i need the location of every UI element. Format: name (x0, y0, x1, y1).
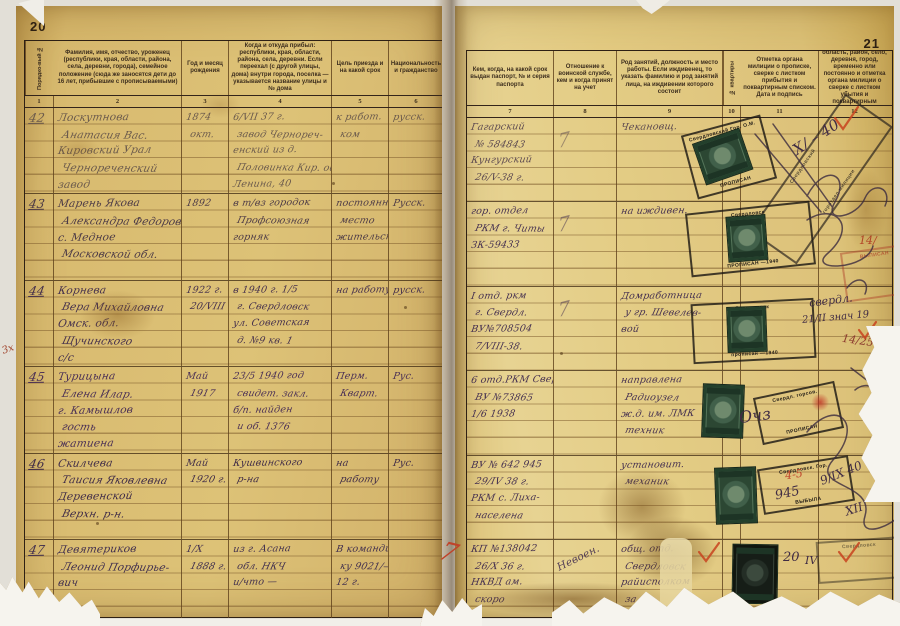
handwriting-line: и об. 1376 (235, 419, 332, 437)
cell-nationality: русск. (389, 108, 442, 193)
column-header: Когда и откуда прибыл: республики, края,… (229, 41, 332, 95)
cell-name: ТурицынаЕлена Илар.г. Камышловгостьжатие… (54, 367, 182, 452)
red-pencil-note: 14/ (859, 234, 877, 247)
handwriting-line: Кушвинского (232, 454, 332, 472)
cell-name: ДевятериковЛеонид Порфирье-вич (54, 540, 182, 618)
handwriting-line: НКВД ам. (470, 574, 554, 592)
militia-stamp: Свердловск (816, 536, 894, 584)
cell-passport: КП №13804226/X 36 г.НКВД ам.скоро (467, 540, 554, 618)
handwriting-line: 1/X (185, 541, 229, 558)
column-header: Род занятий, должность и место работы. Е… (617, 51, 723, 105)
cell-birth: 1892 (182, 194, 229, 279)
cell-purpose: на работу (332, 281, 389, 366)
handwriting-line: 43 (28, 196, 54, 213)
cell-birth: 1922 г.20/VIII (182, 281, 229, 366)
cell-purpose: наработу (332, 454, 389, 539)
cell-occupation: установит.механик (617, 456, 723, 539)
cell-passport: 6 отд.РКМ Свердл.ВУ №738651/6 1938 (467, 371, 554, 454)
handwriting-line: Рус. (392, 455, 442, 472)
column-header: № квартиры (723, 51, 741, 105)
handwriting-line: 1917 (188, 386, 229, 403)
handwriting-line: Гагарский (470, 119, 554, 137)
handwriting-line: Май (185, 455, 229, 472)
revenue-stamp-icon (731, 544, 778, 605)
handwriting-line: ЗК-59433 (470, 237, 554, 255)
handwriting-line: механик (623, 474, 723, 492)
handwriting-line: 1892 (185, 196, 229, 213)
handwriting-line: на (335, 455, 389, 472)
cell-name: Марень ЯковаАлександра Федоров.с. Медное… (54, 194, 182, 279)
column-header: Кем, когда, на какой срок выдан паспорт,… (467, 51, 554, 105)
cell-birth: Май1917 (182, 367, 229, 452)
handwriting-line: Невоен. (554, 540, 613, 576)
handwriting-line: скоро (473, 592, 554, 609)
left-register-table: Порядко-вый №Фамилия, имя, отчество, уро… (24, 40, 442, 618)
handwriting-line: Турицына (57, 367, 182, 385)
handwriting-line: 1922 г. (185, 282, 229, 299)
handwriting-line: горняк (232, 228, 332, 246)
handwriting-line: 23/5 1940 год (232, 368, 332, 386)
handwriting-line: 46 (28, 455, 54, 472)
handwriting-line: с. Медное (57, 228, 182, 246)
handwriting-line: 20/VIII (188, 300, 229, 317)
page-number-left: 20 (30, 19, 46, 34)
handwriting-line: жительства (335, 229, 389, 246)
registration-note: IV (805, 554, 817, 567)
handwriting-line: д. №9 кв. 1 (235, 333, 332, 351)
propiska-stamp: Свердловск ПРОПИСАН —1940 (685, 201, 816, 278)
column-number: 6 (389, 96, 442, 107)
handwriting-line: ВУ №73865 (473, 390, 554, 407)
handwriting-line: В командиров- (335, 541, 389, 558)
red-pencil-note: 4-5 (784, 467, 804, 483)
handwriting-line: в т/вз городок (232, 195, 332, 213)
handwriting-line: установит. (620, 456, 723, 474)
ink-speck (96, 522, 99, 525)
table-header-row: Кем, когда, на какой срок выдан паспорт,… (467, 51, 892, 105)
column-number-strip: 123456 (25, 95, 442, 108)
cell-name: КорневаВера МихайловнаОмск. обл.Щучинско… (54, 281, 182, 366)
cell-purpose: Перм.Кварт. (332, 367, 389, 452)
cell-passport: Гагарский№ 584843Кунгурский26/V-38 г. (467, 118, 554, 201)
handwriting-line: Деревенской (57, 487, 182, 505)
handwriting-line: 42 (28, 110, 54, 127)
handwriting-line: жатиена (57, 434, 182, 452)
cell-military (554, 371, 617, 454)
cell-purpose: В командиров-ку 9021/—12 г. (332, 540, 389, 618)
handwriting-line: райисполком (620, 574, 723, 592)
handwriting-line: за (623, 592, 723, 610)
handwriting-line: постоянное (335, 196, 389, 213)
cell-no: 42 (25, 108, 54, 193)
handwriting-line: р-на (235, 472, 332, 490)
cell-no: 43 (25, 194, 54, 279)
column-number: 4 (229, 96, 332, 107)
register-book-scan: 20 Порядко-вый №Фамилия, имя, отчество, … (0, 0, 900, 626)
cell-passport: гор. отделРКМ г. ЧитыЗК-59433 (467, 202, 554, 285)
cell-nationality: Русск. (389, 194, 442, 279)
column-number: 10 (723, 106, 741, 117)
handwriting-line: Марень Якова (57, 195, 182, 213)
cell-military: 7 (554, 118, 617, 201)
handwriting-line: населена (473, 508, 554, 525)
handwriting-line: 26/V-38 г. (473, 170, 554, 187)
handwriting-line: общ. отд. (620, 541, 723, 559)
handwriting-line: Корнева (57, 281, 182, 299)
cell-passport: ВУ № 642 94529/IV 38 г.РКМ с. Лиха-насел… (467, 456, 554, 539)
propiska-stamp: Свердловск прописан —1940 (691, 298, 817, 364)
cell-name: СкилчеваТаисия ЯковлевнаДеревенскойВерхн… (54, 454, 182, 539)
ink-speck (332, 182, 335, 185)
handwriting-line: 7 (558, 289, 613, 320)
cell-arrival: 6/VII 37 г.завод Чернореч-енский из д.По… (229, 108, 332, 193)
cell-no: 45 (25, 367, 54, 452)
column-number: 8 (554, 106, 617, 117)
handwriting-line: окт. (188, 127, 229, 144)
column-number: 7 (467, 106, 554, 117)
handwriting-line: 45 (28, 369, 54, 386)
handwriting-line: Девятериков (57, 540, 182, 558)
register-row: 46СкилчеваТаисия ЯковлевнаДеревенскойВер… (25, 454, 442, 540)
cell-name: ЛоскутноваАнатасия Вас.Кировский УралЧер… (54, 108, 182, 193)
handwriting-line: г. Камышлов (57, 401, 182, 419)
handwriting-line: из г. Асана (232, 541, 332, 559)
handwriting-line: Русск. (392, 196, 442, 213)
column-number: 9 (617, 106, 723, 117)
revenue-stamp-icon (726, 306, 768, 353)
handwriting-line: на работу (335, 282, 389, 299)
handwriting-line: 1/6 1938 (470, 405, 554, 423)
handwriting-line: русск. (392, 282, 442, 299)
cell-no: 46 (25, 454, 54, 539)
revenue-stamp-icon (725, 214, 768, 263)
column-header: Год и месяц рождения (182, 41, 229, 95)
cell-no: 47 (25, 540, 54, 618)
handwriting-line: завод (57, 175, 182, 193)
handwriting-line: Кунгурский (470, 152, 554, 170)
cell-occupation: общ. отд.Свердловскрайисполкомза (617, 540, 723, 618)
handwriting-line: 1888 г. (188, 559, 229, 576)
handwriting-line: русск. (392, 109, 442, 126)
cell-nationality: русск. (389, 281, 442, 366)
handwriting-line: 47 (28, 542, 54, 559)
cell-birth: 1/X1888 г. (182, 540, 229, 618)
register-row: 47ДевятериковЛеонид Порфирье-вич1/X1888 … (25, 540, 442, 618)
handwriting-line: енский из д. (232, 142, 332, 160)
cell-birth: Май1920 г. (182, 454, 229, 539)
handwriting-line: 6 отд.РКМ Свердл. (470, 372, 554, 390)
handwriting-line: Лоскутнова (57, 108, 182, 126)
column-header: Отношение к воинской службе, кем и когда… (554, 51, 617, 105)
handwriting-line: ку 9021/— (338, 559, 389, 576)
register-row: 45ТурицынаЕлена Илар.г. Камышловгостьжат… (25, 367, 442, 453)
cell-arrival: из г. Асанаобл. НКЧи/что — (229, 540, 332, 618)
handwriting-line: к работ. (335, 109, 389, 126)
column-header: Национальность и гражданство (389, 41, 442, 95)
handwriting-line: Кировский Урал (57, 142, 182, 160)
handwriting-line: КП №138042 (470, 541, 554, 559)
cell-arrival: Кушвинскогор-на (229, 454, 332, 539)
handwriting-line: Рус. (392, 368, 442, 385)
cell-birth: 1874окт. (182, 108, 229, 193)
handwriting-line: ВУ№708504 (470, 321, 554, 339)
handwriting-line: Верхн. р-н. (60, 506, 182, 524)
handwriting-line: I отд. ркм (470, 288, 554, 306)
handwriting-line: РКМ г. Читы (473, 221, 554, 238)
register-row: 43Марень ЯковаАлександра Федоров.с. Медн… (25, 194, 442, 280)
registration-note: 20 (783, 550, 800, 565)
cell-purpose: постоянноеместожительства (332, 194, 389, 279)
handwriting-line: Май (185, 369, 229, 386)
handwriting-line: в 1940 г. 1/5 (232, 281, 332, 299)
left-page: 20 Порядко-вый №Фамилия, имя, отчество, … (16, 6, 442, 618)
handwriting-line: Ленина, 40 (232, 175, 332, 193)
cell-arrival: в т/вз городокПрофсоюзнаягорняк (229, 194, 332, 279)
cell-arrival: 23/5 1940 годсвидет. закл.б/п. найдени о… (229, 367, 332, 452)
ink-speck (560, 352, 563, 355)
margin-note: 3х (0, 342, 15, 356)
cell-military (554, 456, 617, 539)
register-row: 44КорневаВера МихайловнаОмск. обл.Щучинс… (25, 281, 442, 367)
ink-speck (404, 306, 407, 309)
handwriting-line: свидет. закл. (235, 386, 332, 404)
handwriting-line: Омск. обл. (57, 314, 182, 332)
column-header: Когда и куда выбыл: республика, край, об… (819, 51, 890, 105)
handwriting-line: 1920 г. (188, 472, 229, 489)
handwriting-line: 7/VIII-38. (473, 339, 554, 356)
column-number: 3 (182, 96, 229, 107)
handwriting-line: и/что — (232, 574, 332, 592)
page-number-right: 21 (864, 36, 880, 51)
cell-nationality: Рус. (389, 367, 442, 452)
column-number: 5 (332, 96, 389, 107)
handwriting-line: ул. Советская (232, 315, 332, 333)
column-header: Фамилия, имя, отчество, уроженец (респуб… (54, 41, 182, 95)
handwriting-line: Московской обл. (60, 246, 182, 264)
handwriting-line: Кварт. (338, 386, 389, 403)
handwriting-line: 44 (28, 282, 54, 299)
column-header: Отметка органа милиции о прописке, сверк… (741, 51, 819, 105)
cell-arrival: в 1940 г. 1/5г. Свердловскул. Советскаяд… (229, 281, 332, 366)
cell-military: 7 (554, 202, 617, 285)
handwriting-line: 6/VII 37 г. (232, 109, 332, 127)
right-page: 21 Кем, когда, на какой срок выдан паспо… (455, 6, 894, 618)
cell-no: 44 (25, 281, 54, 366)
register-row: 42ЛоскутноваАнатасия Вас.Кировский УралЧ… (25, 108, 442, 194)
cell-nationality (389, 540, 442, 618)
scan-background (0, 619, 900, 626)
handwriting-line: с/с (57, 348, 182, 366)
handwriting-line: 7 (558, 120, 613, 151)
cell-passport: I отд. ркмг. Свердл.ВУ№7085047/VIII-38. (467, 287, 554, 370)
cell-nationality: Рус. (389, 454, 442, 539)
handwriting-line: 7 (558, 204, 613, 235)
handwriting-line: вич (57, 574, 182, 592)
handwriting-line: работу (338, 472, 389, 489)
handwriting-line: место (338, 213, 389, 230)
handwriting-line: б/п. найден (232, 401, 332, 419)
handwriting-line: 1874 (185, 109, 229, 126)
handwriting-line: Скилчева (57, 454, 182, 472)
column-header: Цель приезда и на какой срок (332, 41, 389, 95)
column-header: Порядко-вый № (25, 41, 54, 95)
handwriting-line: Перм. (335, 368, 389, 385)
handwriting-line: гор. отдел (470, 203, 554, 221)
handwriting-line: 12 г. (335, 575, 389, 592)
revenue-stamp-icon (714, 466, 758, 524)
cell-military: 7 (554, 287, 617, 370)
handwriting-line: ВУ № 642 945 (470, 456, 554, 474)
column-number: 2 (54, 96, 182, 107)
handwriting-line: РКМ с. Лиха- (470, 490, 554, 508)
handwriting-line: ком (338, 127, 389, 144)
table-header-row: Порядко-вый №Фамилия, имя, отчество, уро… (25, 41, 442, 95)
cell-purpose: к работ.ком (332, 108, 389, 193)
column-number: 1 (25, 96, 54, 107)
cell-military: Невоен. (554, 540, 617, 618)
